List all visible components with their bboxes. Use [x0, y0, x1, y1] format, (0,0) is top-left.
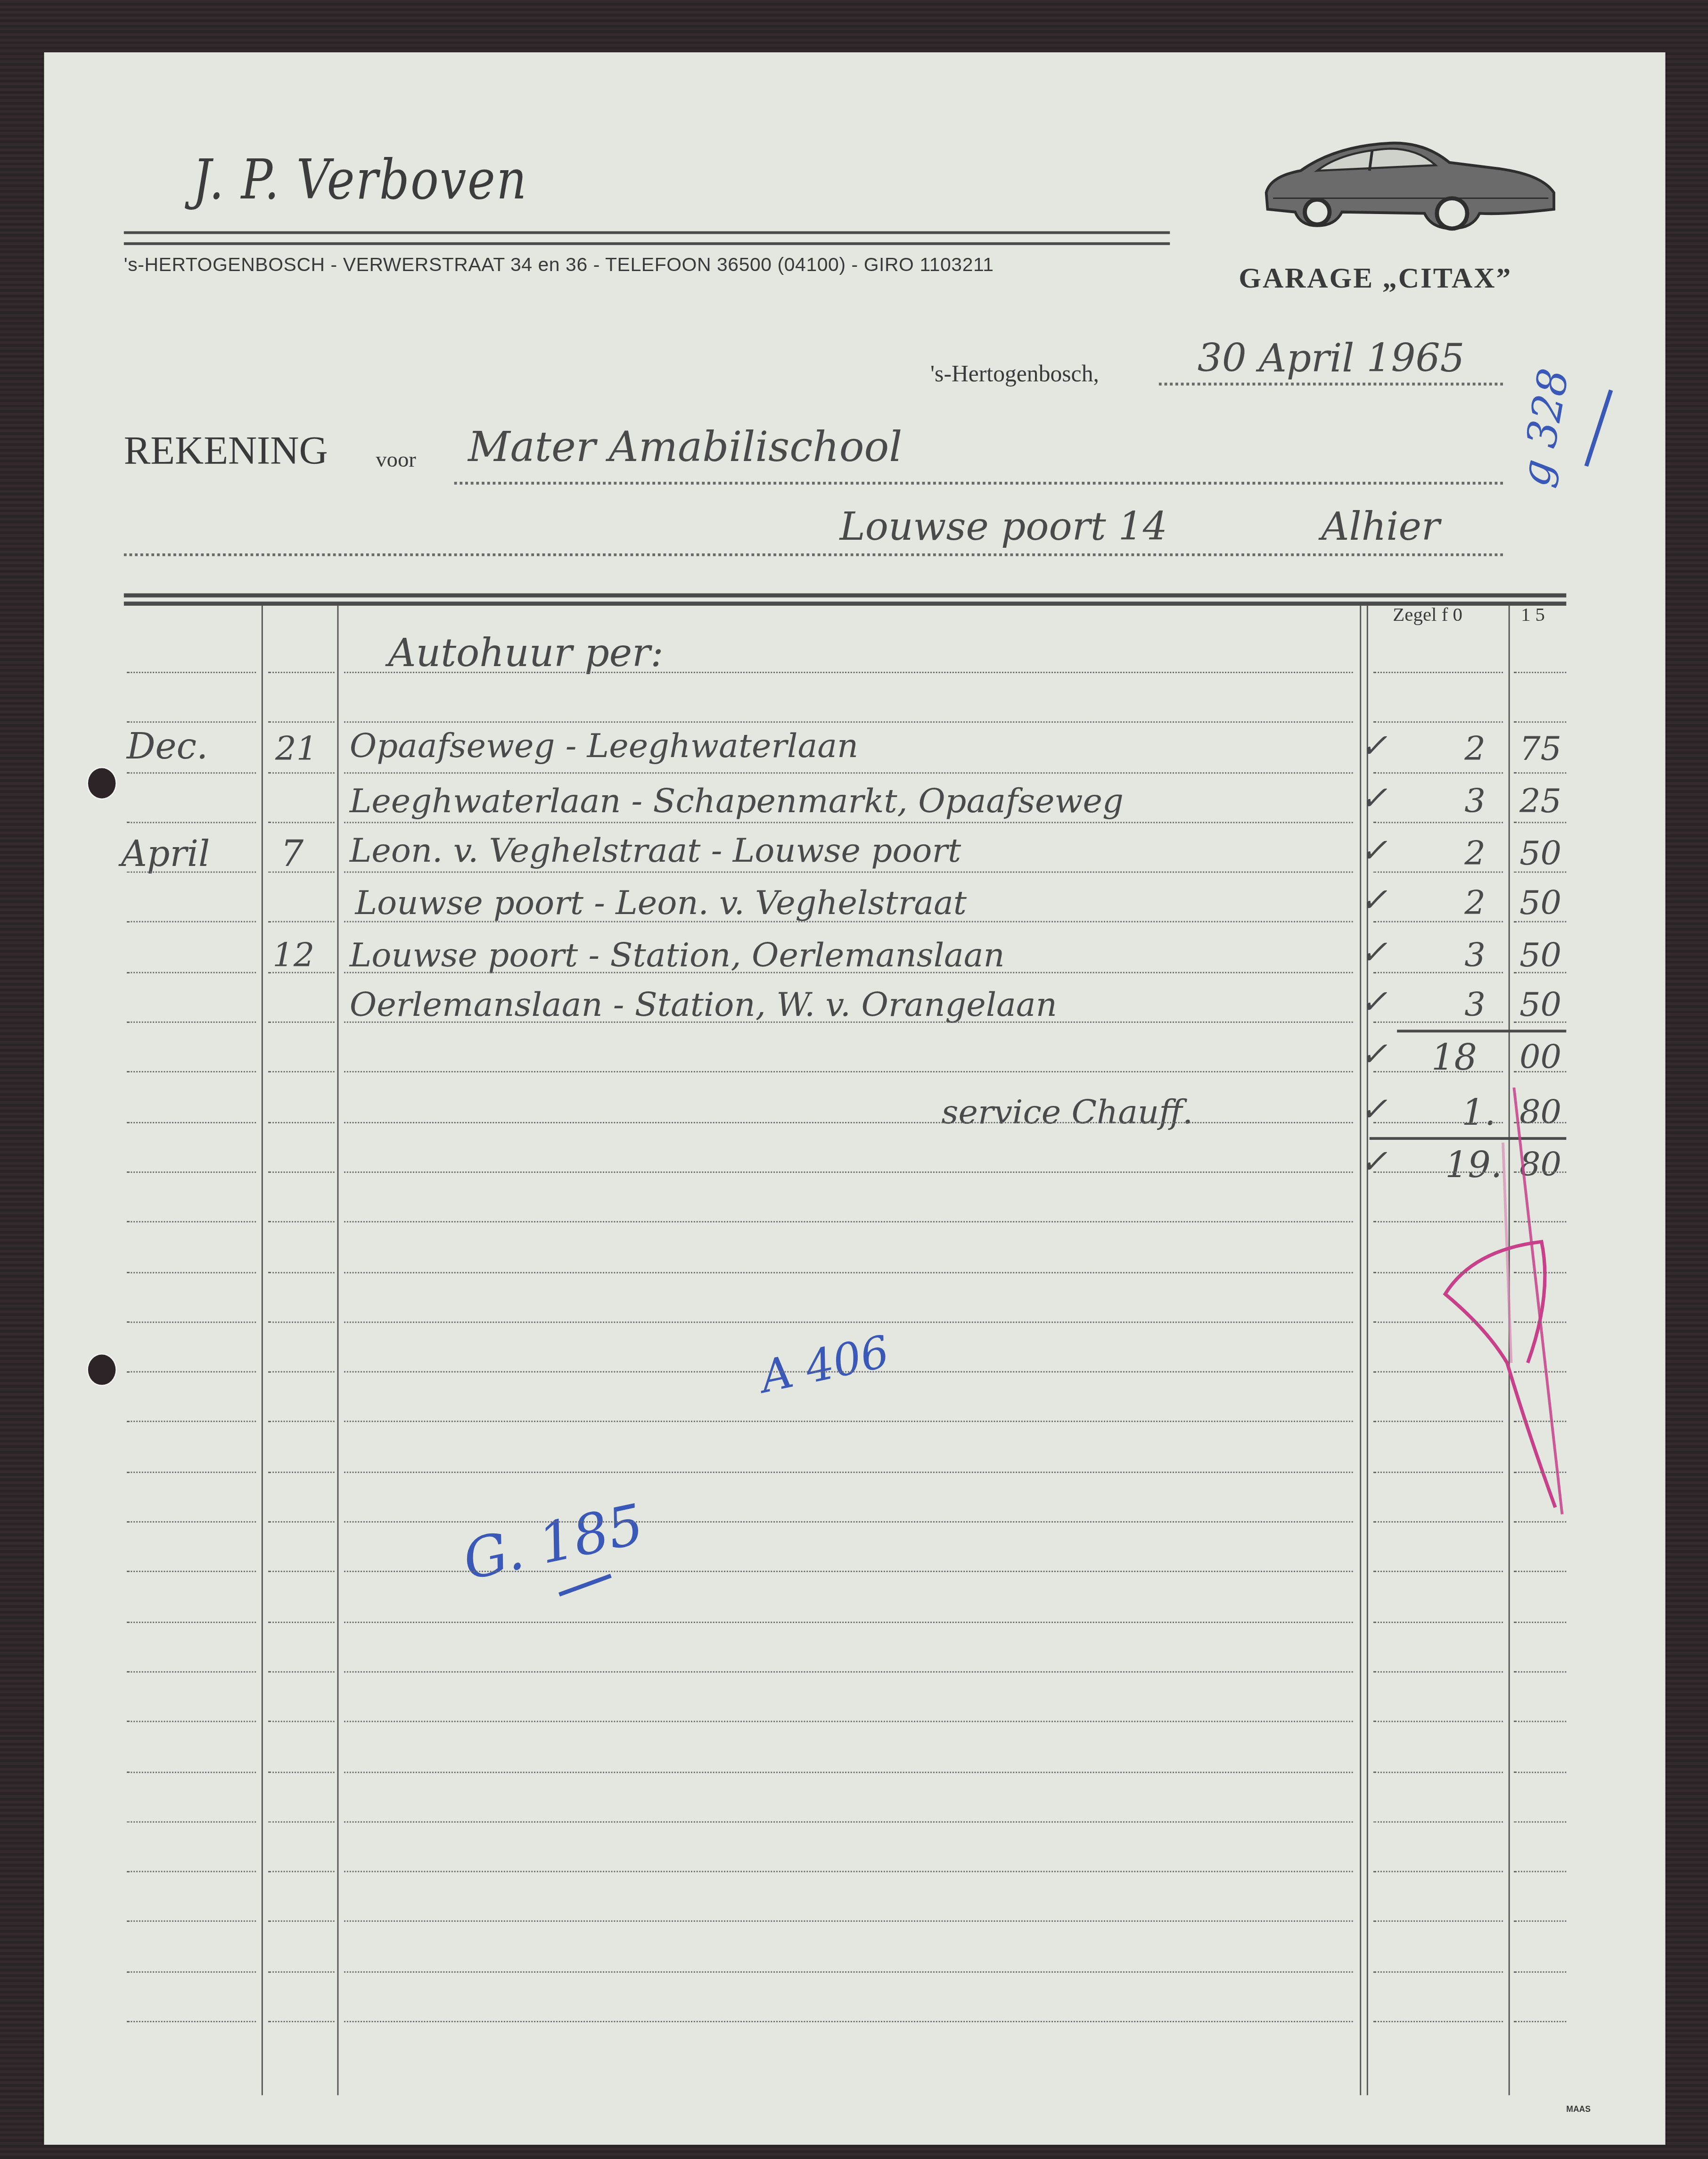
ruled-dotline	[344, 1472, 1353, 1473]
item-description: Oerlemanslaan - Station, W. v. Orangelaa…	[350, 986, 1057, 1024]
ruled-dotline	[1373, 1421, 1503, 1422]
month-column-line	[262, 606, 263, 2095]
ruled-dotline	[127, 1472, 256, 1473]
ruled-dotline	[344, 872, 1353, 873]
client-address: Louwse poort 14	[839, 504, 1167, 549]
item-month: April	[121, 834, 210, 876]
check-mark-icon: ✓	[1360, 727, 1388, 766]
ruled-dotline	[1514, 1521, 1566, 1523]
item-cents: 50	[1519, 884, 1561, 923]
ruled-dotline	[1373, 1221, 1503, 1222]
item-day: 12	[272, 936, 314, 975]
company-name: J. P. Verboven	[193, 148, 528, 212]
item-description: Louwse poort - Leon. v. Veghelstraat	[355, 884, 966, 923]
ruled-dotline	[268, 1371, 334, 1373]
ruled-dotline	[1373, 2021, 1503, 2022]
ruled-dotline	[1373, 872, 1503, 873]
ruled-dotline	[344, 1571, 1353, 1572]
ruled-dotline	[268, 1920, 334, 1922]
ruled-dotline	[344, 2021, 1353, 2022]
item-description: Leon. v. Veghelstraat - Louwse poort	[350, 832, 961, 870]
item-day: 21	[275, 730, 317, 768]
ruled-dotline	[1514, 1622, 1566, 1623]
ruled-dotline	[268, 1421, 334, 1422]
ruled-dotline	[1373, 1521, 1503, 1523]
ruled-dotline	[344, 1721, 1353, 1722]
ruled-dotline	[268, 772, 334, 774]
item-day: 7	[281, 834, 304, 876]
item-month: Dec.	[127, 727, 208, 768]
ruled-dotline	[268, 1022, 334, 1023]
ruled-dotline	[1373, 672, 1503, 673]
ruled-dotline	[344, 672, 1353, 673]
printer-mark: MAAS	[1566, 2106, 1591, 2115]
vintage-car-icon	[1259, 138, 1562, 231]
item-guilders: 2	[1464, 834, 1486, 873]
ruled-dotline	[127, 2021, 256, 2022]
ruled-dotline	[344, 822, 1353, 823]
ruled-dotline	[1514, 2021, 1566, 2022]
ruled-dotline	[344, 972, 1353, 973]
ruled-dotline	[1373, 1321, 1503, 1323]
ruled-dotline	[344, 1371, 1353, 1373]
ruled-dotline	[268, 921, 334, 923]
ruled-dotline	[127, 1221, 256, 1222]
item-guilders: 3	[1464, 986, 1486, 1024]
ruled-dotline	[127, 1772, 256, 1773]
ruled-dotline	[268, 1821, 334, 1823]
ruled-dotline	[1373, 1871, 1503, 1872]
ruled-dotline	[127, 1022, 256, 1023]
ruled-dotline	[268, 1472, 334, 1473]
ruled-dotline	[1514, 1022, 1566, 1023]
ruled-dotline	[344, 1272, 1353, 1273]
check-mark-icon: ✓	[1360, 933, 1388, 972]
ruled-dotline	[344, 1622, 1353, 1623]
check-mark-icon: ✓	[1360, 983, 1388, 1022]
header-rule-top	[124, 231, 1170, 233]
ruled-dotline	[1373, 1272, 1503, 1273]
ruled-dotline	[268, 1721, 334, 1722]
pink-paraph-icon	[1431, 1088, 1569, 1528]
ruled-dotline	[268, 2021, 334, 2022]
header-rule-bottom	[124, 242, 1170, 244]
ruled-dotline	[344, 1521, 1353, 1523]
ruled-dotline	[344, 772, 1353, 774]
ruled-dotline	[268, 822, 334, 823]
ruled-dotline	[127, 1871, 256, 1872]
check-mark-icon: ✓	[1360, 881, 1388, 920]
ruled-dotline	[127, 1821, 256, 1823]
ruled-dotline	[127, 1721, 256, 1722]
subtotal-guilders: 18	[1431, 1038, 1477, 1079]
ruled-dotline	[1373, 1721, 1503, 1722]
ruled-dotline	[344, 921, 1353, 923]
ruled-dotline	[344, 1671, 1353, 1673]
ruled-dotline	[1373, 822, 1503, 823]
ruled-dotline	[1373, 1971, 1503, 1973]
ruled-dotline	[1373, 1122, 1503, 1123]
punch-hole-bottom	[88, 1355, 115, 1385]
client-city-note: Alhier	[1321, 504, 1440, 549]
table-rule-second	[124, 602, 1566, 605]
ruled-dotline	[268, 1622, 334, 1623]
item-guilders: 2	[1464, 730, 1486, 768]
ruled-dotline	[1514, 1821, 1566, 1823]
check-mark-icon: ✓	[1360, 832, 1388, 870]
ruled-dotline	[268, 1571, 334, 1572]
scan-stage: J. P. Verboven 's-HERTOGENBOSCH - VERWER…	[0, 0, 1708, 2159]
ruled-dotline	[1514, 1721, 1566, 1722]
ruled-dotline	[127, 1272, 256, 1273]
ruled-dotline	[1514, 972, 1566, 973]
ruled-dotline	[127, 1321, 256, 1323]
ruled-dotline	[1373, 1022, 1503, 1023]
client-name: Mater Amabilischool	[468, 424, 902, 472]
ruled-dotline	[1373, 972, 1503, 973]
check-mark-icon: ✓	[1360, 1143, 1388, 1181]
ruled-dotline	[344, 1772, 1353, 1773]
ruled-dotline	[268, 1321, 334, 1323]
ruled-dotline	[344, 1920, 1353, 1922]
invoice-date: 30 April 1965	[1198, 336, 1465, 381]
ruled-dotline	[344, 1171, 1353, 1173]
section-title: Autohuur per:	[388, 630, 664, 676]
ruled-dotline	[1514, 772, 1566, 774]
ruled-dotline	[1514, 1971, 1566, 1973]
ruled-dotline	[127, 1071, 256, 1072]
ruled-dotline	[1373, 1821, 1503, 1823]
amount-column-line-right	[1367, 606, 1368, 2095]
ruled-dotline	[344, 1221, 1353, 1222]
ruled-dotline	[1514, 1421, 1566, 1422]
ruled-dotline	[1514, 1920, 1566, 1922]
ruled-dotline	[1514, 1472, 1566, 1473]
ruled-dotline	[1373, 1622, 1503, 1623]
ruled-dotline	[1373, 721, 1503, 723]
ruled-dotline	[268, 872, 334, 873]
ruled-dotline	[1514, 721, 1566, 723]
amount-column-line-left	[1360, 606, 1361, 2095]
item-description: Opaafseweg - Leeghwaterlaan	[350, 727, 858, 766]
ruled-dotline	[127, 1920, 256, 1922]
ruled-dotline	[1514, 1571, 1566, 1572]
ruled-dotline	[1514, 672, 1566, 673]
ruled-dotline	[1373, 772, 1503, 774]
address-line: 's-HERTOGENBOSCH - VERWERSTRAAT 34 en 36…	[124, 253, 994, 275]
ruled-dotline	[127, 772, 256, 774]
ruled-dotline	[127, 1171, 256, 1173]
ruled-dotline	[127, 1421, 256, 1422]
ruled-dotline	[268, 1772, 334, 1773]
ruled-dotline	[1514, 1871, 1566, 1872]
ruled-dotline	[1514, 1772, 1566, 1773]
ruled-dotline	[1514, 872, 1566, 873]
client-address-dotline	[124, 553, 1503, 556]
ruled-dotline	[268, 1521, 334, 1523]
ruled-dotline	[268, 1071, 334, 1072]
voor-label: voor	[376, 449, 416, 474]
ruled-dotline	[127, 872, 256, 873]
ruled-dotline	[268, 721, 334, 723]
ruled-dotline	[268, 1272, 334, 1273]
ruled-dotline	[344, 1122, 1353, 1123]
ruled-dotline	[344, 721, 1353, 723]
ruled-dotline	[1373, 1371, 1503, 1373]
item-guilders: 3	[1464, 936, 1486, 975]
ruled-dotline	[268, 1971, 334, 1973]
ruled-dotline	[1514, 1272, 1566, 1273]
ruled-dotline	[268, 1221, 334, 1222]
ruled-dotline	[1514, 822, 1566, 823]
ruled-dotline	[268, 1122, 334, 1123]
ruled-dotline	[1373, 1472, 1503, 1473]
ruled-dotline	[127, 1122, 256, 1123]
ruled-dotline	[1514, 1221, 1566, 1222]
item-guilders: 2	[1464, 884, 1486, 923]
day-column-line	[337, 606, 338, 2095]
item-description: Leeghwaterlaan - Schapenmarkt, Opaafsewe…	[350, 782, 1124, 821]
item-cents: 50	[1519, 986, 1561, 1024]
date-dotline	[1159, 383, 1503, 386]
ruled-dotline	[344, 1421, 1353, 1422]
ruled-dotline	[344, 1071, 1353, 1072]
subtotal-rule	[1397, 1030, 1566, 1031]
ruled-dotline	[1373, 921, 1503, 923]
ruled-dotline	[1514, 1671, 1566, 1673]
ruled-dotline	[344, 1022, 1353, 1023]
ruled-dotline	[127, 1971, 256, 1973]
ruled-dotline	[127, 1622, 256, 1623]
ruled-dotline	[127, 1371, 256, 1373]
item-cents: 50	[1519, 834, 1561, 873]
invoice-heading: REKENING	[124, 429, 328, 475]
ruled-dotline	[344, 1821, 1353, 1823]
ruled-dotline	[1373, 1671, 1503, 1673]
garage-name: GARAGE „CITAX”	[1239, 262, 1512, 296]
ruled-dotline	[1373, 1772, 1503, 1773]
ruled-dotline	[127, 672, 256, 673]
ruled-dotline	[127, 921, 256, 923]
ruled-dotline	[127, 721, 256, 723]
item-cents: 50	[1519, 936, 1561, 975]
ruled-dotline	[127, 1521, 256, 1523]
ruled-dotline	[1373, 1071, 1503, 1072]
item-description: Louwse poort - Station, Oerlemanslaan	[350, 936, 1005, 975]
ruled-dotline	[1514, 921, 1566, 923]
ruled-dotline	[268, 972, 334, 973]
ruled-dotline	[1514, 1171, 1566, 1173]
header-cents: 1 5	[1521, 606, 1545, 628]
client-name-dotline	[454, 482, 1503, 485]
ruled-dotline	[1373, 1571, 1503, 1572]
ruled-dotline	[1514, 1122, 1566, 1123]
ruled-dotline	[127, 972, 256, 973]
ruled-dotline	[127, 1671, 256, 1673]
ruled-dotline	[344, 1871, 1353, 1872]
header-zegel: Zegel f 0	[1393, 606, 1462, 628]
item-cents: 75	[1519, 730, 1561, 768]
place-label: 's-Hertogenbosch,	[930, 361, 1099, 388]
ruled-dotline	[127, 822, 256, 823]
ruled-dotline	[268, 1171, 334, 1173]
ruled-dotline	[1514, 1321, 1566, 1323]
ruled-dotline	[268, 1871, 334, 1872]
service-label: service Chauff.	[941, 1093, 1193, 1132]
check-mark-icon: ✓	[1360, 1035, 1388, 1074]
ruled-dotline	[1514, 1071, 1566, 1072]
ruled-dotline	[127, 1571, 256, 1572]
table-rule-top	[124, 593, 1566, 597]
item-guilders: 3	[1464, 782, 1486, 821]
ruled-dotline	[1514, 1371, 1566, 1373]
ruled-dotline	[1373, 1920, 1503, 1922]
ruled-dotline	[1373, 1171, 1503, 1173]
ruled-dotline	[344, 1971, 1353, 1973]
ruled-dotline	[268, 672, 334, 673]
punch-hole-top	[88, 768, 115, 799]
item-cents: 25	[1519, 782, 1561, 821]
check-mark-icon: ✓	[1360, 779, 1388, 818]
ruled-dotline	[344, 1321, 1353, 1323]
ruled-dotline	[268, 1671, 334, 1673]
